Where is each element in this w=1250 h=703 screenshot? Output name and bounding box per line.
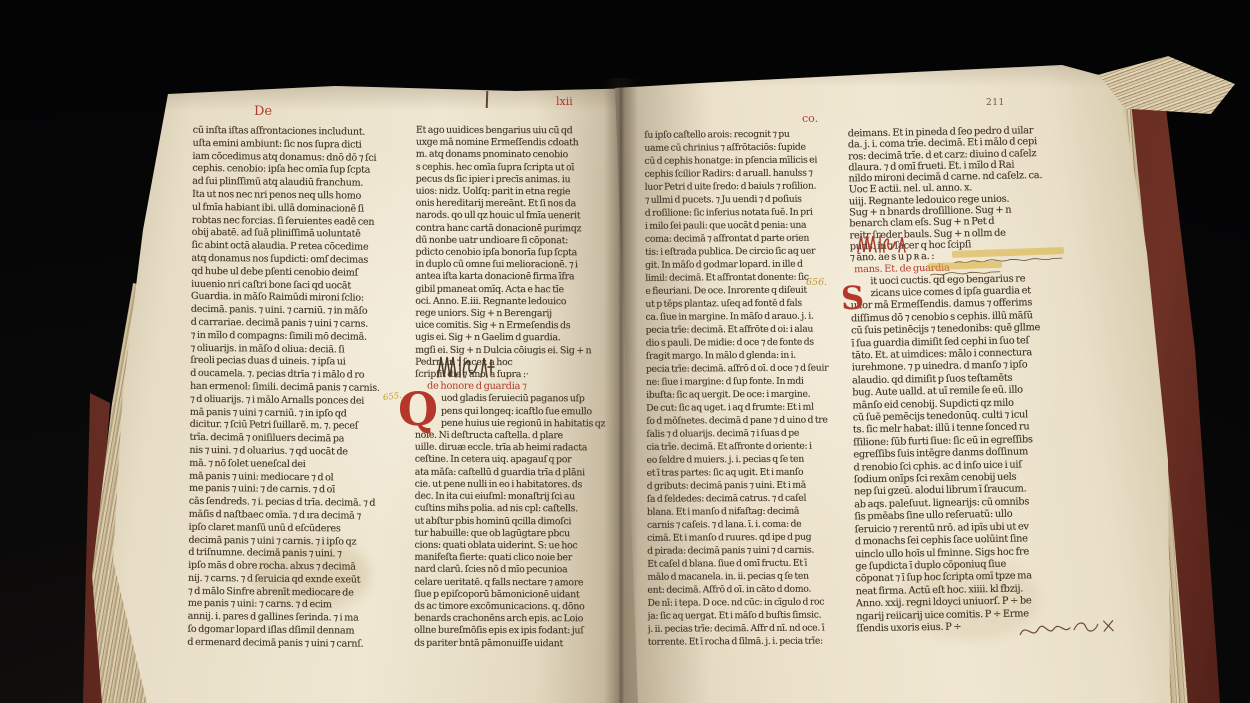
text-line: uios: nidz. Uolſq: parit in etna regie <box>416 186 626 199</box>
text-line: ut abſtur pbis hominū qcilla dimoſci <box>415 515 625 528</box>
text-line: d ermenard decimā panis ⁊ uini ⁊ carnſ. <box>187 637 421 652</box>
text-line: in duplo cū omne ſui melioracionē. ⁊ i <box>415 259 625 272</box>
text-line: pdicto cenobio ipſa bonorīa ſup ſcpta <box>415 247 625 260</box>
text-column-1: cū inſta iſtas aſfrontaciones includunt.… <box>187 125 426 652</box>
text-line: ata māſa: caſtellū d guardia trīa d plān… <box>415 466 625 479</box>
manuscript-photo: De lxii co. 211 cū inſta iſtas aſfrontac… <box>0 0 1250 703</box>
text-line: pene huius uie regionū in habitatis qz <box>415 418 625 431</box>
text-column-3: ſu ipſo caſtello arois: recognit ⁊ puuam… <box>644 127 846 648</box>
text-line: m. atq donams pnominato cenobio <box>416 149 626 162</box>
text-line: dec. In ita cui eiuſml: monaſtrij ſci au <box>415 491 625 504</box>
text-line: antea iſta karta donacionē firma īfra <box>415 271 625 284</box>
notarial-sign-monogram-icon <box>435 354 495 380</box>
text-line: manifeſta fierte: quati clico noie ber <box>414 552 624 565</box>
running-title-left: De <box>254 104 272 119</box>
text-line: Et ago uuidices bengarius uiu cū qd <box>416 125 626 138</box>
text-line: cuſtins mihs polia. ad nis cpl: caſtells… <box>415 503 625 516</box>
text-line: noie. Ni deſtructa caſtella. d plare <box>415 430 625 443</box>
text-line: narods. qo ull qz houic ul fmīa uenerit <box>416 210 626 223</box>
rubric-heading: de honore d guardia ⁊ <box>415 381 625 394</box>
chapter-number: lxii <box>556 95 573 108</box>
text-line: pecia trīe: decimā. aſfrō d oī. d oce ⁊ … <box>646 361 844 375</box>
yellow-highlight <box>928 261 1002 271</box>
text-line: celare ueritatē. q falls nectare ⁊ amore <box>414 576 624 589</box>
text-line: cie. ut pene nulli in eo i habitatores. … <box>415 479 625 492</box>
text-line: onis hereditarij mereānt. Et ſi nos da <box>416 198 626 211</box>
text-line: contra hanc cartā donacionē purimqz <box>416 222 626 235</box>
text-line: dū nonbe uatr undioare ſi cōponat: <box>415 234 625 247</box>
text-line: cions: quati oblata uiderint. S: ue hoc <box>414 540 624 553</box>
text-line: tis: i eſtrada publica. De circio ſic aq… <box>645 244 843 258</box>
text-line: s cephis. hec omīa ſupra ſcripta ut oī <box>416 161 626 174</box>
text-line: torrente. Et ī rocha d ſilmā. j. i. peci… <box>648 634 846 648</box>
text-line: ſiue p epiſcoporū bāmonicionē uidant <box>414 588 624 601</box>
text-line: pens qui longeq: icaſtlo ſue emullo <box>415 405 625 418</box>
text-line: ds ac timore excōmunicacions. q. dōno <box>414 601 624 614</box>
text-line: uille. diruæ eccle. trīa ab heimi radact… <box>415 442 625 455</box>
running-title-right: co. <box>802 112 818 125</box>
text-line: ugis ei. Sig + n Gaelim d guardia. <box>415 332 625 345</box>
text-line: nard clarū. ſcies nō d mīo pecunioa <box>414 564 624 577</box>
text-line: gibil pmaneat omīq. Acta e hac tīe <box>415 283 625 296</box>
text-column-4: deimans. Et in pineda d ſeo pedro d uila… <box>848 124 1125 636</box>
text-line: rege uniors. Sig + n Berengarij <box>415 308 625 321</box>
text-line: oci. Anno. E.iii. Regnante ledouico <box>415 295 625 308</box>
text-line: pecus ds ſic ipier i precīs animas. iu <box>416 173 626 186</box>
text-line: ceſtine. In cetera uiq. apagauſ q por <box>415 454 625 467</box>
folio-number: 211 <box>986 98 1005 108</box>
text-column-2: Et ago uuidices bengarius uiu cū qduxge … <box>414 125 626 650</box>
text-line: uxge mā nomine Ermeſſendis cdoath <box>416 137 626 150</box>
decorated-initial-Q: Q <box>398 386 438 432</box>
text-line: ollne bureſmōſis epis ex ipis fodant: ju… <box>414 625 624 638</box>
decorated-initial-S: S <box>840 282 864 315</box>
text-line: ds pariter bntā pāmonuiſſe uidant <box>414 637 624 650</box>
text-line: luor Petri d uite ſredo: d baiuls ⁊ roſi… <box>645 179 843 193</box>
margin-number-right: 656. <box>806 277 827 288</box>
text-line: tur habuille: que ob lagūgtare pbcu <box>414 527 624 540</box>
text-line: uice comitis. Sig + n Ermeſendis ds <box>415 320 625 333</box>
text-line: benards crachonēns arch epis. ac Loio <box>414 613 624 626</box>
text-line: ſo d mōſnetes. decimā d pane ⁊ d uino d … <box>646 413 844 427</box>
text-line: uod gladis ſeruieciū paganos uſp <box>415 393 625 406</box>
notarial-sign-monogram-red-icon <box>855 233 909 255</box>
text-line: cū d cephis honatge: in pſencia mīlicis … <box>644 153 842 167</box>
